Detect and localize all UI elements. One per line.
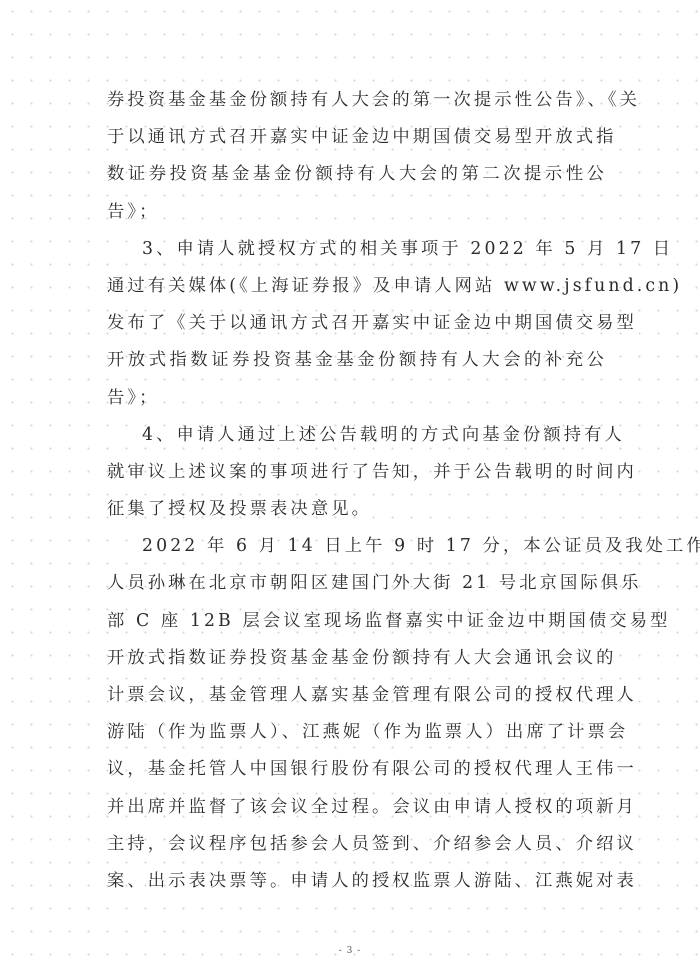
- text-line: 告》；: [107, 194, 607, 231]
- page-number: - 3 -: [0, 946, 700, 956]
- text-line: 于以通讯方式召开嘉实中证金边中期国债交易型开放式指: [107, 119, 607, 156]
- text-line: 券投资基金基金份额持有人大会的第一次提示性公告》、《关: [107, 82, 607, 119]
- text-line: 通过有关媒体(《上海证券报》及申请人网站 www.jsfund.cn): [107, 268, 607, 305]
- text-line-paragraph-start: 2022 年 6 月 14 日上午 9 时 17 分，本公证员及我处工作: [107, 528, 607, 565]
- text-line: 部 C 座 12B 层会议室现场监督嘉实中证金边中期国债交易型: [107, 603, 607, 640]
- text-line: 计票会议，基金管理人嘉实基金管理有限公司的授权代理人: [107, 677, 607, 714]
- text-line-item-4: 4、申请人通过上述公告载明的方式向基金份额持有人: [107, 417, 607, 454]
- text-line: 游陆（作为监票人）、江燕妮（作为监票人）出席了计票会: [107, 714, 607, 751]
- text-line-item-3: 3、申请人就授权方式的相关事项于 2022 年 5 月 17 日: [107, 231, 607, 268]
- text-line: 议，基金托管人中国银行股份有限公司的授权代理人王伟一: [107, 751, 607, 788]
- text-line: 并出席并监督了该会议全过程。会议由申请人授权的项新月: [107, 789, 607, 826]
- document-body: 券投资基金基金份额持有人大会的第一次提示性公告》、《关 于以通讯方式召开嘉实中证…: [107, 82, 607, 900]
- text-line: 告》；: [107, 380, 607, 417]
- text-line: 人员孙琳在北京市朝阳区建国门外大街 21 号北京国际俱乐: [107, 565, 607, 602]
- text-line: 开放式指数证券投资基金基金份额持有人大会通讯会议的: [107, 640, 607, 677]
- text-line: 就审议上述议案的事项进行了告知，并于公告载明的时间内: [107, 454, 607, 491]
- text-line: 案、出示表决票等。申请人的授权监票人游陆、江燕妮对表: [107, 863, 607, 900]
- text-line: 征集了授权及投票表决意见。: [107, 491, 607, 528]
- document-page: 券投资基金基金份额持有人大会的第一次提示性公告》、《关 于以通讯方式召开嘉实中证…: [0, 0, 700, 969]
- text-line: 主持，会议程序包括参会人员签到、介绍参会人员、介绍议: [107, 826, 607, 863]
- text-line: 开放式指数证券投资基金基金份额持有人大会的补充公: [107, 342, 607, 379]
- text-line: 发布了《关于以通讯方式召开嘉实中证金边中期国债交易型: [107, 305, 607, 342]
- text-line: 数证券投资基金基金份额持有人大会的第二次提示性公: [107, 156, 607, 193]
